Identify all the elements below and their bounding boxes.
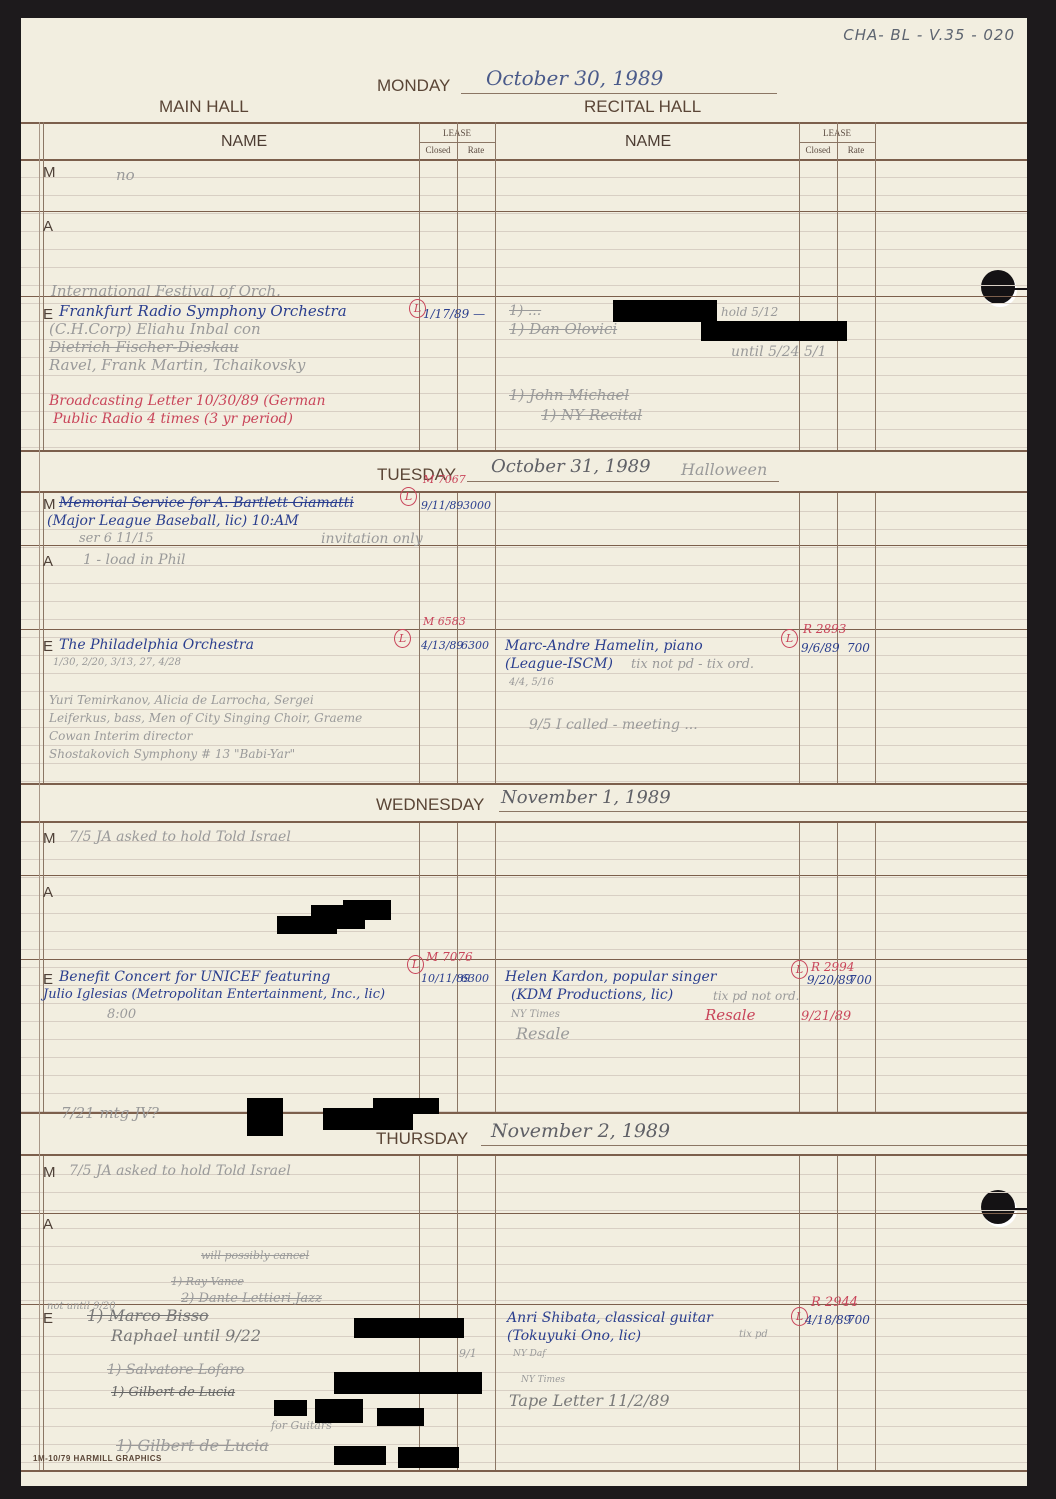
closed-header: Closed (419, 145, 457, 155)
rule (21, 249, 1027, 250)
entry-title: The Philadelphia Orchestra (59, 638, 254, 652)
entry-text: 1) Salvatore Lofaro (107, 1363, 244, 1377)
redaction (373, 1098, 439, 1114)
entry-text: 1) Ray Vance (171, 1276, 244, 1287)
rule (43, 122, 44, 159)
entry-text: Cowan Interim director (49, 730, 192, 742)
slot-evening: E (43, 638, 53, 655)
date-wednesday: November 1, 1989 (501, 789, 671, 807)
entry-title: Marc-Andre Hamelin, piano (505, 639, 703, 653)
slot-evening: E (43, 1310, 53, 1327)
rule (495, 1156, 496, 1470)
name-column-header: NAME (625, 133, 671, 151)
rule (21, 1462, 1027, 1463)
date-underline (499, 811, 1027, 812)
entry-text: NY Times (521, 1376, 565, 1385)
slot-afternoon: A (43, 1216, 53, 1233)
entry-text: NY Daf (513, 1350, 546, 1359)
rule (21, 267, 1027, 268)
rule (21, 691, 1027, 692)
rule (21, 1426, 1027, 1427)
rule (21, 949, 1027, 950)
entry-note: 7/21 mtg JV? (61, 1106, 159, 1121)
entry-text: (C.H.Corp) Eliahu Inbal con (49, 322, 261, 337)
lease-rate: 6300 (461, 973, 489, 984)
rule (21, 1021, 1027, 1022)
rate-header: Rate (837, 145, 875, 155)
redaction (334, 1446, 386, 1465)
entry-text: Dietrich Fischer-Dieskau (49, 340, 239, 355)
entry-title: Benefit Concert for UNICEF featuring (59, 970, 330, 984)
rule (495, 159, 496, 450)
entry-text: 9/5 I called - meeting ... (529, 718, 698, 732)
entry-note: Resale (705, 1008, 756, 1023)
rule (21, 231, 1027, 232)
date-tuesday: October 31, 1989 (491, 458, 651, 476)
entry-text: Yuri Temirkanov, Alicia de Larrocha, Ser… (49, 694, 314, 706)
lease-rate: 3000 (463, 500, 491, 511)
rule (21, 159, 1027, 161)
rule (21, 1192, 1027, 1193)
entry-text: 1 - load in Phil (83, 553, 186, 567)
redaction (613, 300, 717, 322)
entry-text: tix not pd - tix ord. (631, 658, 754, 671)
lease-closed: 9/1 (459, 1348, 477, 1359)
redaction (274, 1400, 307, 1416)
entry-text: Julio Iglesias (Metropolitan Entertainme… (43, 988, 385, 1001)
recital-hall-heading: RECITAL HALL (584, 97, 701, 117)
redaction (398, 1447, 459, 1468)
rule (21, 375, 1027, 376)
entry-text: (KDM Productions, lic) (511, 988, 673, 1002)
rule (875, 823, 876, 1112)
rule (21, 429, 1027, 430)
lease-closed: 4/18/89 (805, 1314, 851, 1326)
rule (21, 877, 1027, 878)
rule (21, 673, 1027, 674)
rule (21, 601, 1027, 602)
hole-punch-icon (981, 270, 1015, 304)
main-hall-heading: MAIN HALL (159, 97, 249, 117)
contract-number: M 6583 (423, 616, 466, 627)
entry-text: invitation only (321, 532, 423, 546)
entry-text: 7/5 JA asked to hold Told Israel (69, 830, 291, 844)
entry-text: 8:00 (107, 1008, 136, 1021)
lease-closed: 1/17/89 — (423, 308, 485, 320)
rule (21, 547, 1027, 548)
date-monday: October 30, 1989 (486, 68, 663, 88)
rule (21, 1210, 1027, 1211)
contract-number: M 7076 (426, 951, 473, 963)
rule (21, 195, 1027, 196)
rule (21, 1003, 1027, 1004)
entry-text: 1) ... (509, 304, 541, 318)
rule (837, 159, 838, 450)
entry-note: Broadcasting Letter 10/30/89 (German (49, 394, 325, 408)
rule (837, 493, 838, 783)
slot-afternoon: A (43, 553, 53, 570)
contract-number: R 2893 (803, 623, 846, 635)
rule (457, 493, 458, 783)
day-label-wednesday: WEDNESDAY (376, 795, 484, 815)
lease-rate: 700 (849, 974, 872, 986)
rule (21, 1304, 1027, 1305)
rule (21, 913, 1027, 914)
date-underline (461, 93, 777, 94)
entry-text: (Major League Baseball, lic) 10:AM (47, 514, 299, 528)
day-label-monday: MONDAY (377, 76, 450, 96)
rule (21, 450, 1027, 452)
contract-number: R 2994 (811, 961, 854, 973)
rule (21, 1093, 1027, 1094)
rule (799, 493, 800, 783)
entry-title: Memorial Service for A. Bartlett Giamatt… (59, 496, 354, 510)
lease-closed: 9/20/89 (807, 974, 853, 986)
rule (457, 823, 458, 1112)
rule (39, 122, 40, 1470)
lease-mark: L (400, 487, 417, 506)
rule (799, 122, 800, 159)
entry-text: Raphael until 9/22 (111, 1328, 261, 1344)
slot-evening: E (43, 971, 53, 988)
entry-title: Helen Kardon, popular singer (505, 970, 716, 984)
rule (457, 1156, 458, 1470)
lease-mark: L (791, 960, 808, 979)
date-thursday: November 2, 1989 (491, 1122, 670, 1141)
slot-afternoon: A (43, 218, 53, 235)
lease-rate: 6300 (461, 640, 489, 651)
lease-closed: 9/6/89 (801, 642, 840, 654)
entry-text: 1) Dan Olovici (509, 322, 617, 337)
entry-text: 1/30, 2/20, 3/13, 27, 4/28 (53, 658, 181, 668)
lease-closed: 4/13/89 (421, 640, 463, 651)
entry-text: International Festival of Orch. (51, 284, 281, 299)
rule (21, 967, 1027, 968)
rule (43, 159, 44, 450)
redaction (334, 1372, 482, 1394)
lease-closed: 9/11/89 (421, 500, 463, 511)
rule (21, 763, 1027, 764)
rule (21, 859, 1027, 860)
rule (21, 122, 1027, 124)
lease-rate: 700 (847, 642, 870, 654)
rule (875, 1156, 876, 1470)
rule (21, 1470, 1027, 1472)
contract-number: M 7067 (423, 474, 466, 485)
entry-note: 9/21/89 (801, 1010, 851, 1023)
rule (21, 1228, 1027, 1229)
entry-text: (Tokuyuki Ono, lic) (507, 1329, 641, 1343)
day-label-thursday: THURSDAY (376, 1129, 468, 1149)
slot-morning: M (43, 496, 56, 513)
rule (21, 629, 1027, 630)
rule (21, 1075, 1027, 1076)
rule (457, 122, 458, 159)
rule (21, 781, 1027, 782)
entry-text: 1) Gilbert de Lucia (116, 1438, 269, 1454)
slot-afternoon: A (43, 884, 53, 901)
rule (43, 823, 44, 1112)
rule (875, 159, 876, 450)
rule (419, 122, 420, 159)
entry-text: (League-ISCM) (505, 657, 613, 671)
redaction (247, 1098, 283, 1136)
entry-text: for Guitars (271, 1420, 332, 1431)
entry-text: until 5/24 5/1 (731, 345, 826, 359)
rule (21, 1213, 1027, 1214)
rule (875, 493, 876, 783)
rule (21, 959, 1027, 960)
rule (21, 619, 1027, 620)
entry-text: Ravel, Frank Martin, Tchaikovsky (49, 358, 305, 373)
lease-mark: L (394, 629, 411, 648)
rule (21, 1264, 1027, 1265)
rule (495, 493, 496, 783)
rule (21, 583, 1027, 584)
rule (21, 1112, 1027, 1114)
lease-rate: 700 (847, 1314, 870, 1326)
rule (21, 1300, 1027, 1301)
slot-morning: M (43, 830, 56, 847)
rule (457, 159, 458, 450)
rule (21, 447, 1027, 448)
redaction (354, 1318, 464, 1338)
entry-text: NY Times (511, 1010, 560, 1020)
entry-text: 1) Gilbert de Lucia (111, 1386, 235, 1399)
entry-title: Frankfurt Radio Symphony Orchestra (59, 304, 347, 319)
rule (21, 1057, 1027, 1058)
rule (21, 529, 1027, 530)
entry-text: hold 5/12 (721, 306, 778, 318)
entry-text: ser 6 11/15 (79, 532, 154, 545)
rule (495, 823, 496, 1112)
redaction (377, 1408, 424, 1426)
rule (21, 985, 1027, 986)
entry-text: 7/5 JA asked to hold Told Israel (69, 1164, 291, 1178)
entry-text: 2) Dante Lettieri Jazz (181, 1292, 322, 1305)
slot-morning: M (43, 1164, 56, 1181)
entry-note: Public Radio 4 times (3 yr period) (53, 412, 293, 426)
rule (799, 159, 800, 450)
rule (21, 709, 1027, 710)
redaction (343, 900, 391, 920)
date-underline (467, 481, 779, 482)
entry-text: no (116, 168, 135, 183)
rule (495, 122, 496, 159)
date-note: Halloween (681, 462, 767, 478)
entry-text: 4/4, 5/16 (509, 678, 554, 688)
rate-header: Rate (457, 145, 495, 155)
entry-text: tix pd not ord. (713, 990, 799, 1002)
contract-number: R 2944 (811, 1296, 858, 1309)
ledger-page: CHA- BL - V.35 - 020 MONDAY October 30, … (21, 18, 1027, 1486)
hole-punch-icon (981, 1190, 1015, 1224)
rule (21, 511, 1027, 512)
hole-punch-tail (1009, 288, 1027, 290)
entry-text: Tape Letter 11/2/89 (509, 1393, 670, 1409)
rule (21, 545, 1027, 546)
entry-text: Leiferkus, bass, Men of City Singing Cho… (49, 712, 362, 724)
rule (21, 821, 1027, 823)
rule (21, 727, 1027, 728)
date-underline (481, 1145, 1027, 1146)
entry-text: Shostakovich Symphony # 13 "Babi-Yar" (49, 748, 295, 760)
rule (21, 1246, 1027, 1247)
rule (21, 875, 1027, 876)
entry-text: tix pd (739, 1330, 768, 1340)
entry-text: 1) Marco Bisso (87, 1308, 209, 1324)
entry-text: Resale (516, 1026, 570, 1042)
entry-text: 1) NY Recital (541, 408, 642, 423)
rule (21, 895, 1027, 896)
rule (21, 1154, 1027, 1156)
rule (21, 783, 1027, 785)
printer-credit: 1M-10/79 HARMILL GRAPHICS (33, 1454, 162, 1463)
rule (21, 745, 1027, 746)
archive-id: CHA- BL - V.35 - 020 (843, 26, 1015, 44)
entry-text: will possibly cancel (201, 1250, 309, 1261)
rule (21, 213, 1027, 214)
name-column-header: NAME (221, 133, 267, 151)
slot-morning: M (43, 164, 56, 181)
rule (21, 931, 1027, 932)
rule (875, 122, 876, 159)
rule (837, 122, 838, 159)
lease-mark: L (781, 629, 798, 648)
rule (21, 211, 1027, 212)
entry-title: Anri Shibata, classical guitar (507, 1311, 713, 1325)
rule (21, 491, 1027, 493)
closed-header: Closed (799, 145, 837, 155)
redaction (701, 321, 847, 341)
rule (21, 177, 1027, 178)
entry-text: 1) John Michael (509, 388, 629, 403)
